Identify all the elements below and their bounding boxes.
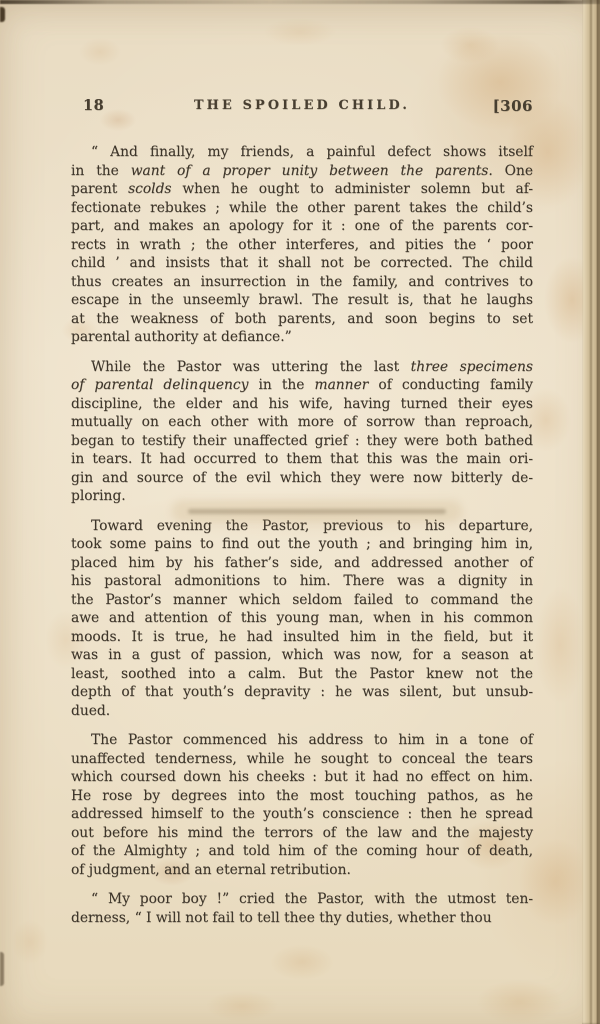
text-line: While the Pastor was uttering the last t… (71, 358, 533, 377)
page-body: “ And finally, my friends, a painful def… (71, 143, 533, 938)
text-line: unaffected tenderness, while he sought t… (71, 750, 533, 769)
text-line: derness, “ I will not fail to tell thee … (71, 909, 533, 928)
text-line: depth of that youth’s depravity : he was… (71, 683, 533, 702)
running-title: THE SPOILED CHILD. (71, 98, 533, 113)
ink-offset-line (188, 509, 446, 514)
text-line: mutually on each other with more of sorr… (71, 413, 533, 432)
text-line: out before his mind the terrors of the l… (71, 824, 533, 843)
paragraph-4: The Pastor commenced his address to him … (71, 731, 533, 879)
text-line: was in a gust of passion, which was now,… (71, 646, 533, 665)
book-page-edges (582, 0, 600, 1024)
edge-mark-top (0, 7, 5, 22)
text-line: parental authority at defiance.” (71, 328, 533, 347)
text-line: of the Almighty ; and told him of the co… (71, 842, 533, 861)
paragraph-1: “ And finally, my friends, a painful def… (71, 143, 533, 347)
text-line: part, and makes an apology for it : one … (71, 217, 533, 236)
text-line: in the want of a proper unity between th… (71, 162, 533, 181)
page-top-edge (0, 0, 600, 4)
paragraph-3: Toward evening the Pastor, previous to h… (71, 517, 533, 721)
text-line: “ And finally, my friends, a painful def… (71, 143, 533, 162)
book-page: 18 THE SPOILED CHILD. [306 “ And finally… (0, 0, 600, 1024)
folio-number: [306 (493, 97, 533, 115)
text-line: moods. It is true, he had insulted him i… (71, 628, 533, 647)
text-line: began to testify their unaffected grief … (71, 432, 533, 451)
text-line: He rose by degrees into the most touchin… (71, 787, 533, 806)
text-line: of parental delinquency in the manner of… (71, 376, 533, 395)
paragraph-5: “ My poor boy !” cried the Pastor, with … (71, 890, 533, 927)
text-line: awe and attention of this young man, whe… (71, 609, 533, 628)
text-line: his pastoral admonitions to him. There w… (71, 572, 533, 591)
page-header: 18 THE SPOILED CHILD. [306 (71, 97, 533, 119)
text-line: took some pains to find out the youth ; … (71, 535, 533, 554)
paragraph-2: While the Pastor was uttering the last t… (71, 358, 533, 506)
text-line: at the weakness of both parents, and soo… (71, 310, 533, 329)
text-line: of judgment, and an eternal retribution. (71, 861, 533, 880)
text-line: “ My poor boy !” cried the Pastor, with … (71, 890, 533, 909)
text-line: discipline, the elder and his wife, havi… (71, 395, 533, 414)
text-line: in tears. It had occurred to them that t… (71, 450, 533, 469)
text-line: gin and source of the evil which they we… (71, 469, 533, 488)
text-line: which coursed down his cheeks : but it h… (71, 768, 533, 787)
text-line: the Pastor’s manner which seldom failed … (71, 591, 533, 610)
text-line: child ’ and insists that it shall not be… (71, 254, 533, 273)
text-line: addressed himself to the youth’s conscie… (71, 805, 533, 824)
text-line: fectionate rebukes ; while the other par… (71, 199, 533, 218)
text-line: least, soothed into a calm. But the Past… (71, 665, 533, 684)
edge-mark-bottom (0, 952, 4, 986)
text-line: dued. (71, 702, 533, 721)
text-line: parent scolds when he ought to administe… (71, 180, 533, 199)
text-line: escape in the unseemly brawl. The result… (71, 291, 533, 310)
text-line: rects in wrath ; the other interferes, a… (71, 236, 533, 255)
text-line: thus creates an insurrection in the fami… (71, 273, 533, 292)
text-line: placed him by his father’s side, and add… (71, 554, 533, 573)
text-line: The Pastor commenced his address to him … (71, 731, 533, 750)
